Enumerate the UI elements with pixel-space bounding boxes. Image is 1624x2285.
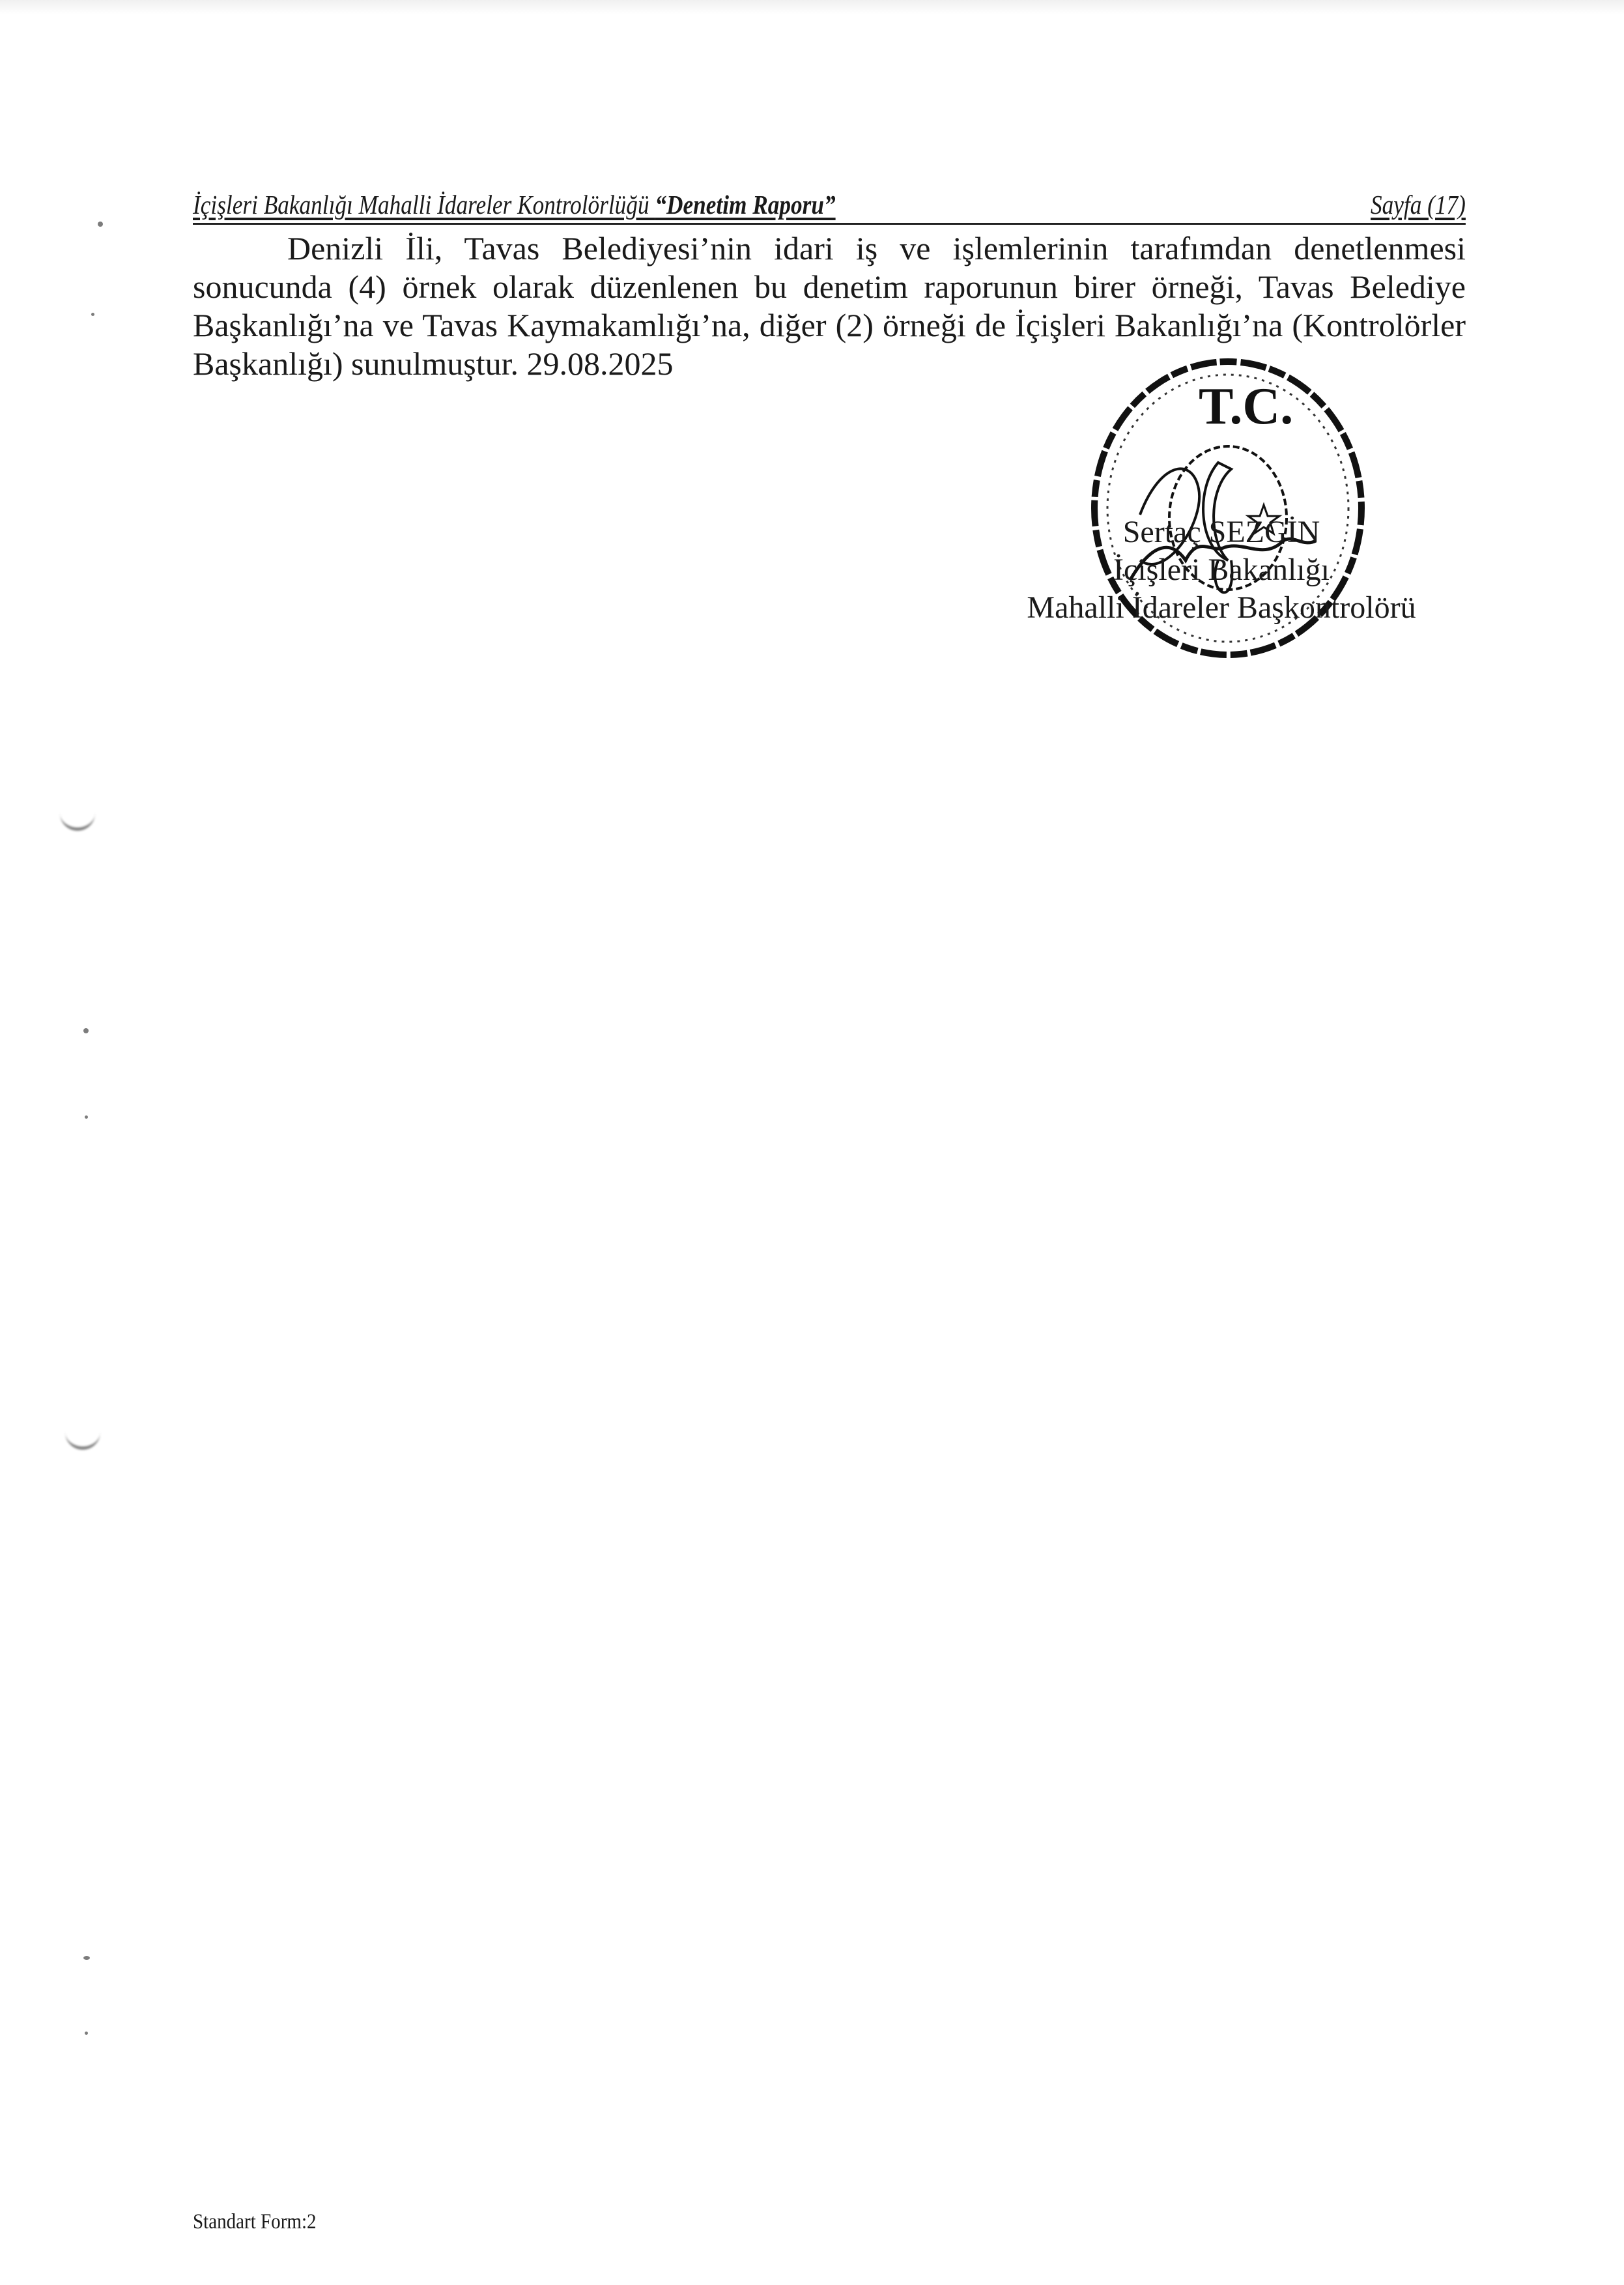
margin-mark <box>83 1028 89 1033</box>
margin-mark <box>91 313 94 316</box>
signature-block: Sertaç SEZGİN İçişleri Bakanlığı Mahalli… <box>977 513 1466 627</box>
header-page-number: Sayfa (17) <box>1371 186 1466 223</box>
margin-mark <box>85 2032 88 2035</box>
header-institution-text: İçişleri Bakanlığı Mahalli İdareler Kont… <box>193 190 655 220</box>
margin-mark <box>85 1115 88 1119</box>
margin-mark <box>83 1956 90 1960</box>
seal-tc-text: T.C. <box>1199 378 1293 435</box>
punch-hole-mark <box>60 808 95 831</box>
signatory-institution: İçişleri Bakanlığı <box>977 551 1466 589</box>
header-report-title: “Denetim Raporu” <box>655 190 835 220</box>
page-header: İçişleri Bakanlığı Mahalli İdareler Kont… <box>193 186 1466 225</box>
punch-hole-mark <box>65 1427 100 1450</box>
scan-edge-shadow <box>0 0 1624 14</box>
margin-mark <box>98 222 103 227</box>
signatory-name: Sertaç SEZGİN <box>977 513 1466 551</box>
header-institution: İçişleri Bakanlığı Mahalli İdareler Kont… <box>193 186 836 223</box>
signatory-title: Mahalli İdareler Başkontrolörü <box>977 589 1466 627</box>
form-footer: Standart Form:2 <box>193 2209 317 2235</box>
